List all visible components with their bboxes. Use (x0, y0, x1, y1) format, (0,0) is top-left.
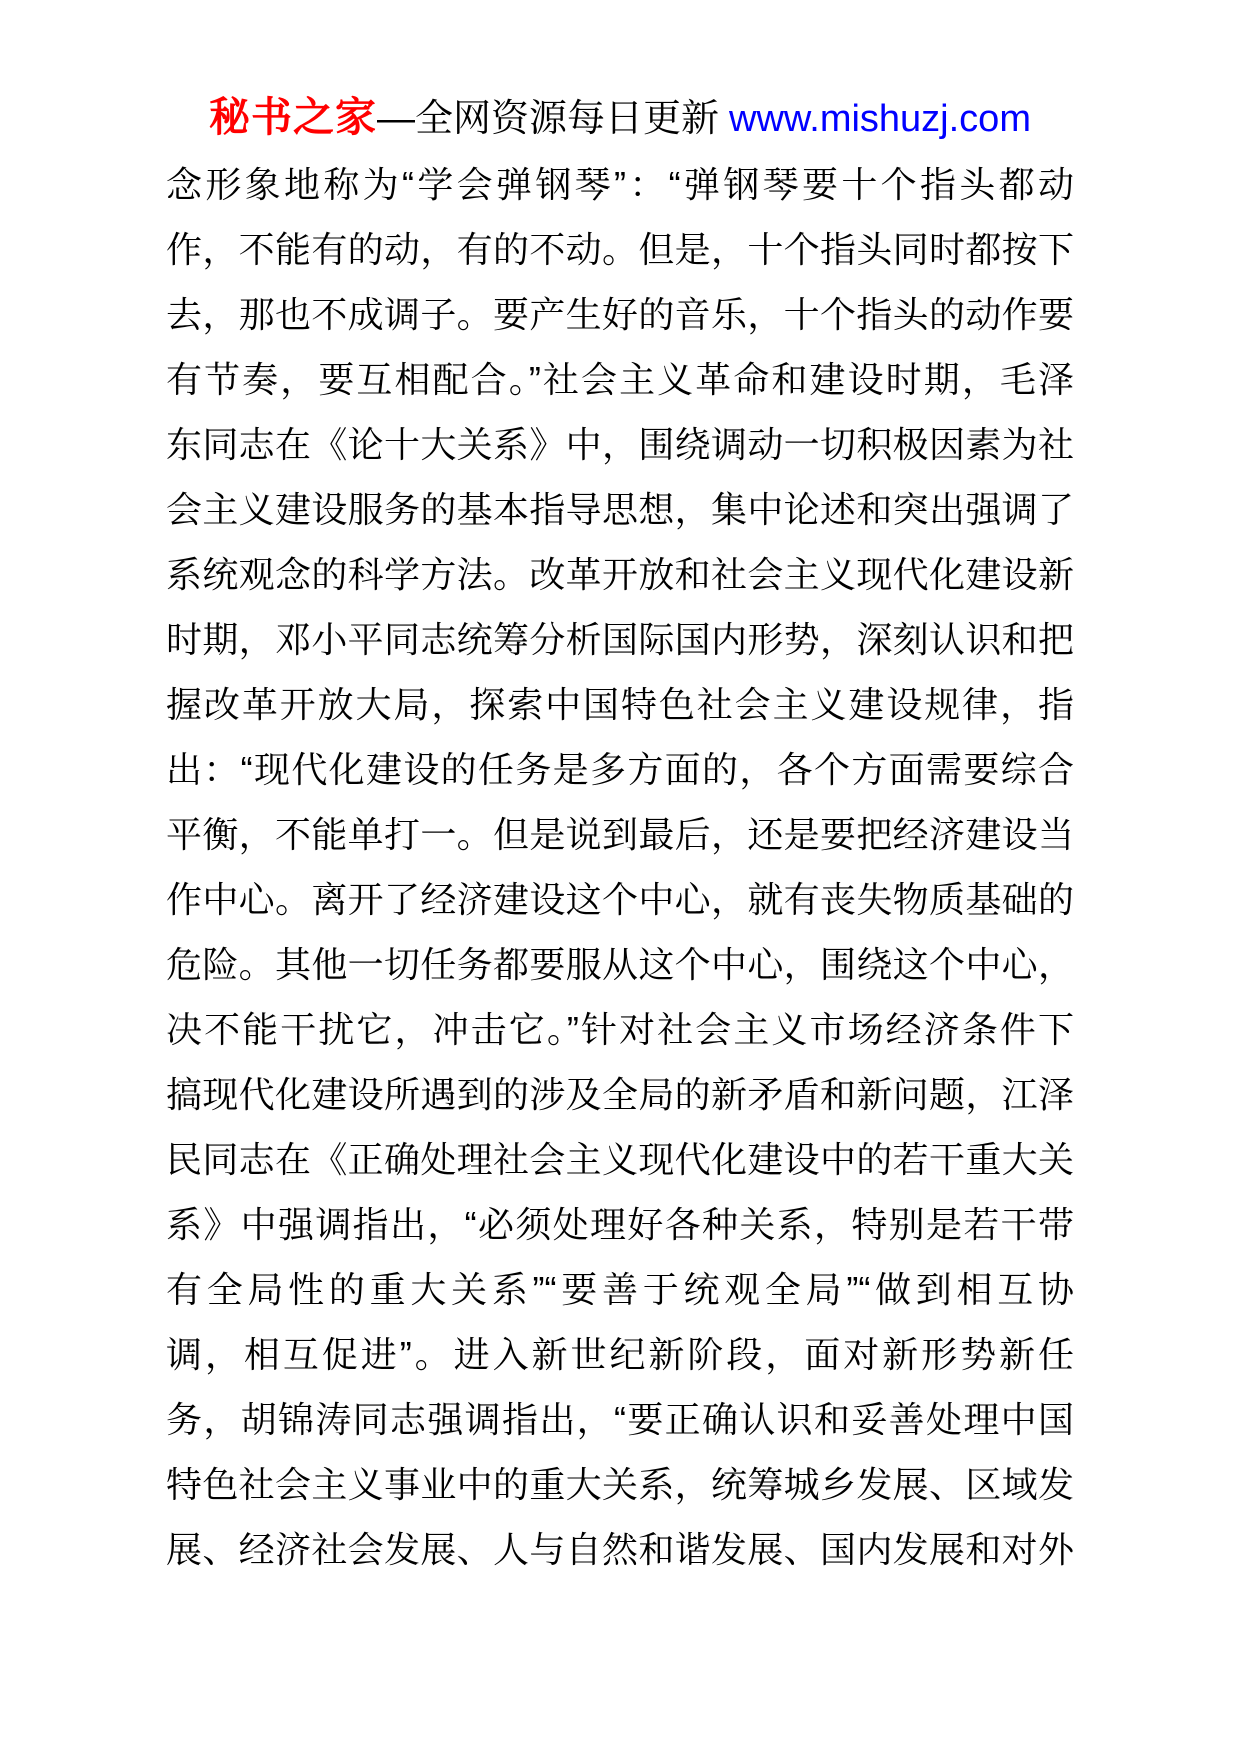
text-line: 有全局性的重大关系”“要善于统观全局”“做到相互协 (166, 1257, 1074, 1322)
text-line: 出：“现代化建设的任务是多方面的，各个方面需要综合 (166, 737, 1074, 802)
text-line: 作中心。离开了经济建设这个中心，就有丧失物质基础的 (166, 867, 1074, 932)
text-line: 务，胡锦涛同志强调指出，“要正确认识和妥善处理中国 (166, 1387, 1074, 1452)
text-line: 危险。其他一切任务都要服从这个中心，围绕这个中心， (166, 932, 1074, 997)
site-tagline: —全网资源每日更新 (377, 98, 719, 140)
text-line: 握改革开放大局，探索中国特色社会主义建设规律，指 (166, 672, 1074, 737)
document-page: 秘书之家—全网资源每日更新www.mishuzj.com 念形象地称为“学会弹钢… (0, 0, 1240, 1754)
text-line: 东同志在《论十大关系》中，围绕调动一切积极因素为社 (166, 412, 1074, 477)
site-brand: 秘书之家 (209, 94, 377, 140)
text-line: 系统观念的科学方法。改革开放和社会主义现代化建设新 (166, 542, 1074, 607)
text-line: 特色社会主义事业中的重大关系，统筹城乡发展、区域发 (166, 1452, 1074, 1517)
document-body: 念形象地称为“学会弹钢琴”：“弹钢琴要十个指头都动作，不能有的动，有的不动。但是… (166, 152, 1074, 1582)
text-line: 调，相互促进”。进入新世纪新阶段，面对新形势新任 (166, 1322, 1074, 1387)
text-line: 展、经济社会发展、人与自然和谐发展、国内发展和对外 (166, 1517, 1074, 1582)
text-line: 有节奏，要互相配合。”社会主义革命和建设时期，毛泽 (166, 347, 1074, 412)
text-line: 作，不能有的动，有的不动。但是，十个指头同时都按下 (166, 217, 1074, 282)
text-line: 搞现代化建设所遇到的涉及全局的新矛盾和新问题，江泽 (166, 1062, 1074, 1127)
text-line: 会主义建设服务的基本指导思想，集中论述和突出强调了 (166, 477, 1074, 542)
text-line: 去，那也不成调子。要产生好的音乐，十个指头的动作要 (166, 282, 1074, 347)
text-line: 系》中强调指出，“必须处理好各种关系，特别是若干带 (166, 1192, 1074, 1257)
text-line: 决不能干扰它，冲击它。”针对社会主义市场经济条件下 (166, 997, 1074, 1062)
text-line: 时期，邓小平同志统筹分析国际国内形势，深刻认识和把 (166, 607, 1074, 672)
page-header: 秘书之家—全网资源每日更新www.mishuzj.com (0, 84, 1240, 143)
text-line: 民同志在《正确处理社会主义现代化建设中的若干重大关 (166, 1127, 1074, 1192)
site-url-link[interactable]: www.mishuzj.com (729, 98, 1031, 140)
text-line: 念形象地称为“学会弹钢琴”：“弹钢琴要十个指头都动 (166, 152, 1074, 217)
text-line: 平衡，不能单打一。但是说到最后，还是要把经济建设当 (166, 802, 1074, 867)
